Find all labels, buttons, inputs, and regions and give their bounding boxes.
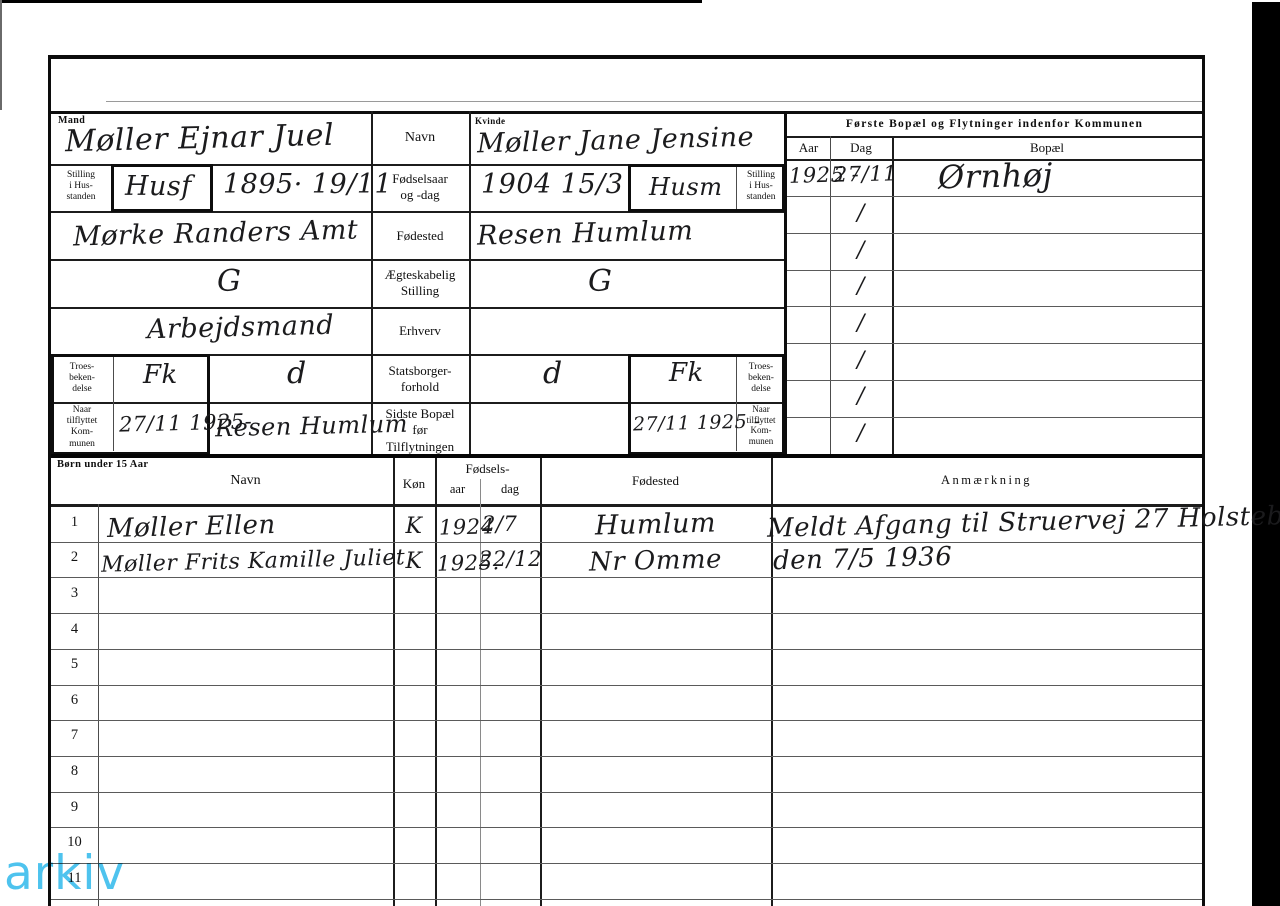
mand-moved-label: Naar tilflyttet Kom- munen <box>51 405 113 450</box>
grid-line <box>480 479 481 906</box>
grid-line <box>787 343 1202 344</box>
kvinde-marital-value: G <box>588 264 612 299</box>
child-sex-value: K <box>393 514 435 539</box>
children-col-navn: Navn <box>98 473 393 490</box>
children-col-koen: Køn <box>393 476 435 492</box>
child-row-number: 9 <box>51 799 98 816</box>
flytning-dag-value: 27/11 <box>834 161 898 187</box>
children-col-aar: aar <box>435 482 480 498</box>
section-border <box>51 454 1202 458</box>
flytning-dag-slash: / <box>830 421 892 446</box>
row-line <box>51 542 1202 543</box>
row-line <box>51 720 1202 721</box>
children-section-label: Børn under 15 Aar <box>57 459 149 470</box>
kvinde-birthdate-value: 1904 15/3 <box>481 169 623 200</box>
child-birthplace-value: Humlum <box>540 506 772 543</box>
kvinde-faith-label: Troes- beken- delse <box>737 362 785 396</box>
mand-stilling-value: Husf <box>125 171 192 202</box>
grid-line <box>787 380 1202 381</box>
field-label-sidste-bopael: Sidste Bopæl før Tilflytningen <box>371 406 469 455</box>
flytning-dag-slash: / <box>830 238 892 263</box>
kvinde-faith-value: Fk <box>669 358 704 388</box>
grid-line <box>113 357 114 451</box>
scan-edge-left <box>0 0 2 110</box>
child-row-number: 8 <box>51 763 98 780</box>
field-label-navn: Navn <box>371 130 469 147</box>
child-row-number: 5 <box>51 656 98 673</box>
child-name-value: Møller Ellen <box>107 510 276 544</box>
band-border <box>51 111 1202 114</box>
kvinde-stilling-label: Stilling i Hus- standen <box>737 170 785 204</box>
flytning-dag-slash: / <box>830 201 892 226</box>
child-remark-value: den 7/5 1936 <box>773 542 953 576</box>
mand-citizenship-value: d <box>287 356 307 391</box>
mand-occupation-value: Arbejdsmand <box>147 310 335 346</box>
grid-line <box>469 111 471 454</box>
child-name-value: Møller Frits Kamille Juliet <box>101 545 406 577</box>
grid-line <box>51 259 785 261</box>
child-row-number: 1 <box>51 514 98 531</box>
row-line <box>51 899 1202 900</box>
child-row-number: 7 <box>51 727 98 744</box>
child-day-value: 2/7 <box>482 512 517 536</box>
kvinde-moved-label: Naar tilflyttet Kom- munen <box>737 404 785 446</box>
grid-line <box>787 306 1202 307</box>
row-line <box>51 827 1202 828</box>
field-label-erhverv: Erhverv <box>371 323 469 339</box>
grid-line <box>435 458 437 906</box>
grid-line <box>787 270 1202 271</box>
grid-line <box>787 196 1202 197</box>
flytning-dag-slash: / <box>830 311 892 336</box>
child-row-number: 4 <box>51 621 98 638</box>
row-line <box>51 649 1202 650</box>
children-col-anmaerkning: Anmærkning <box>771 473 1202 489</box>
rule-line <box>106 101 1202 102</box>
flytninger-col-bopael: Bopæl <box>892 140 1202 156</box>
kvinde-stilling-value: Husm <box>649 173 722 201</box>
kvinde-section-label: Kvinde <box>475 116 505 126</box>
kvinde-name-value: Møller Jane Jensine <box>477 122 755 160</box>
registry-card: Mand Møller Ejnar Juel Stilling i Hus- s… <box>48 55 1205 906</box>
child-row-number: 2 <box>51 549 98 566</box>
grid-line <box>787 417 1202 418</box>
flytning-dag-slash: / <box>830 384 892 409</box>
child-row-number: 3 <box>51 585 98 602</box>
children-col-foedsels: Fødsels- <box>435 461 540 477</box>
child-row-number: 6 <box>51 692 98 709</box>
mand-faith-label: Troes- beken- delse <box>51 362 113 396</box>
row-line <box>51 577 1202 578</box>
field-label-foedselsaar: Fødselsaar og -dag <box>371 171 469 204</box>
field-label-foedested: Fødested <box>371 228 469 244</box>
kvinde-birthplace-value: Resen Humlum <box>477 215 694 251</box>
flytninger-col-aar: Aar <box>787 140 830 156</box>
row-line <box>51 756 1202 757</box>
mand-birthplace-value: Mørke Randers Amt <box>73 215 359 253</box>
flytninger-title: Første Bopæl og Flytninger indenfor Komm… <box>787 118 1202 130</box>
field-label-statsborger: Statsborger- forhold <box>371 363 469 396</box>
mand-marital-value: G <box>217 264 241 299</box>
flytning-bopael-value: Ørnhøj <box>938 156 1054 197</box>
grid-line <box>51 307 785 309</box>
child-day-value: 22/12 <box>479 547 542 571</box>
children-col-dag: dag <box>480 482 540 498</box>
mand-name-value: Møller Ejnar Juel <box>65 118 335 160</box>
flytninger-col-dag: Dag <box>830 140 892 156</box>
kvinde-citizenship-value: d <box>543 356 563 391</box>
grid-line <box>787 233 1202 234</box>
flytning-dag-slash: / <box>830 348 892 373</box>
field-label-aegteskabelig: Ægteskabelig Stilling <box>371 267 469 300</box>
grid-line <box>787 136 1202 138</box>
row-line <box>51 685 1202 686</box>
child-sex-value: K <box>393 549 435 574</box>
row-line <box>51 792 1202 793</box>
scan-edge-right <box>1252 2 1280 906</box>
mand-faith-value: Fk <box>143 360 178 390</box>
arkiv-watermark: arkiv <box>4 846 125 901</box>
mand-birthdate-value: 1895· 19/11 <box>223 169 392 200</box>
children-col-foedested: Fødested <box>540 473 771 489</box>
mand-stilling-label: Stilling i Hus- standen <box>51 170 111 204</box>
row-line <box>51 863 1202 864</box>
child-birthplace-value: Nr Omme <box>540 543 772 579</box>
row-line <box>51 613 1202 614</box>
scan-edge-top <box>0 0 702 3</box>
flytning-dag-slash: / <box>830 274 892 299</box>
